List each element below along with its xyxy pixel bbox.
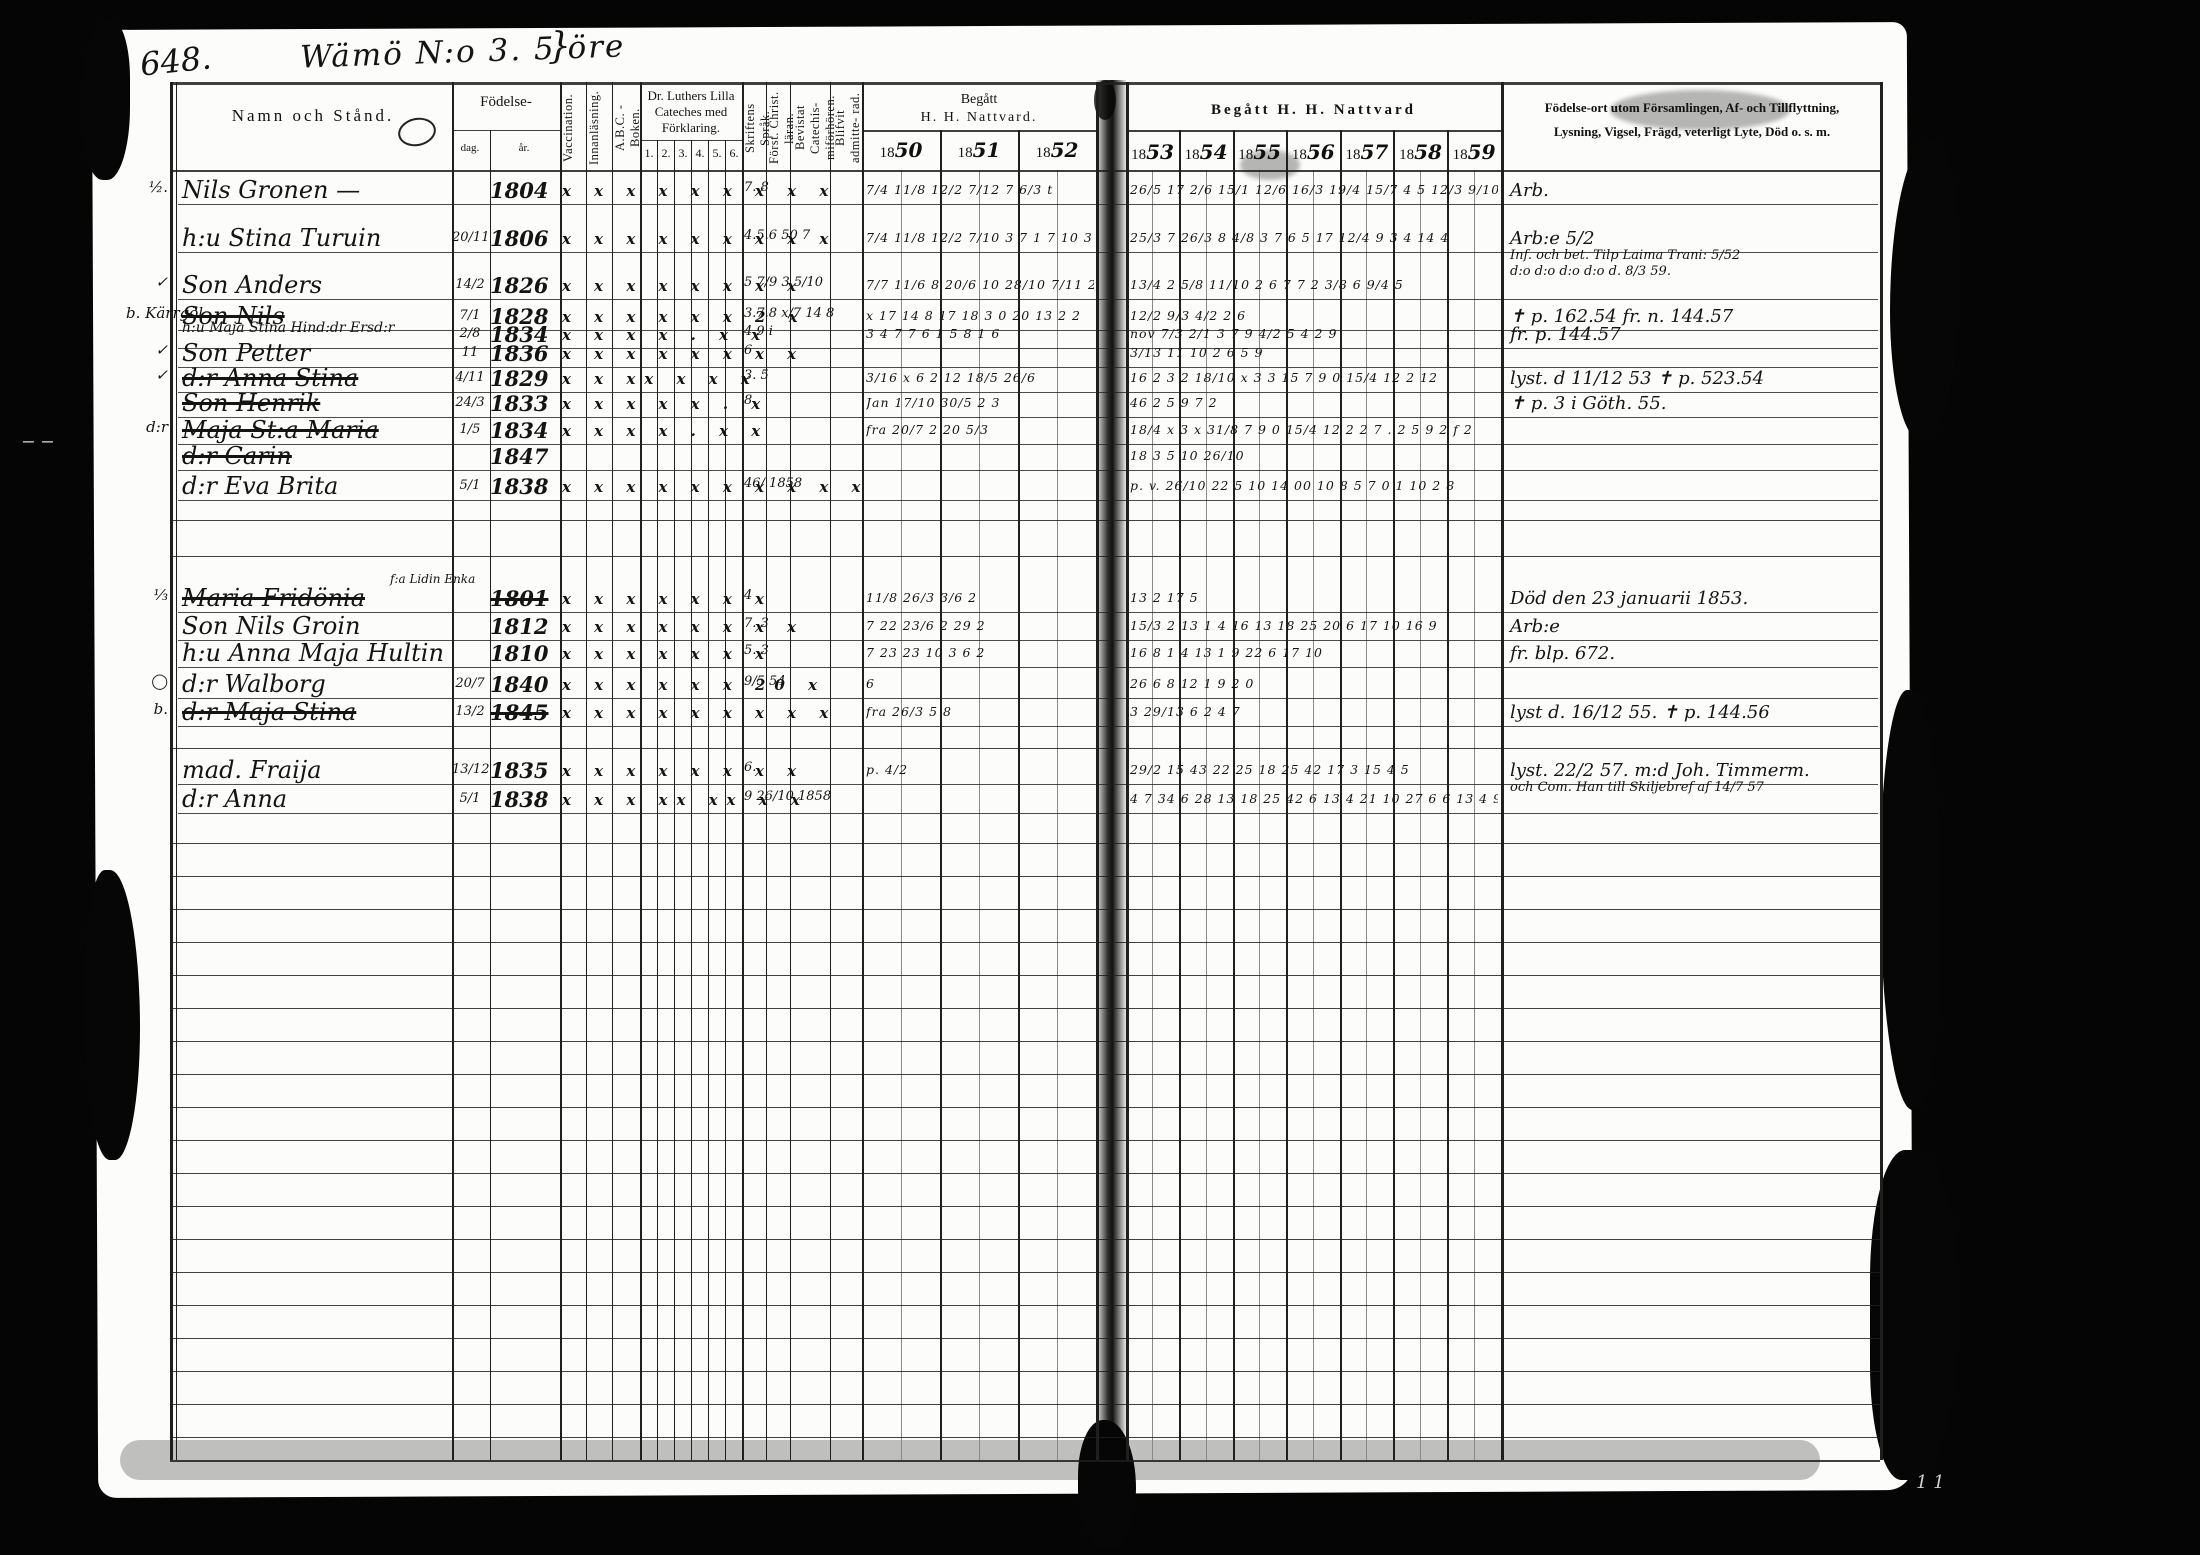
row-birth-day: 14/2 (452, 277, 488, 292)
grid-hline (170, 1305, 1880, 1306)
row-margin-note: b. (126, 700, 168, 718)
row-annotation: fr. p. 144.57 (1510, 324, 1876, 345)
row-check-marks: x x x x x x 2 x (562, 308, 740, 326)
row-skrift-notes: 8 (744, 393, 860, 408)
grid-hline (640, 140, 742, 141)
row-communion-left: fra 20/7 2 20 5/3 (866, 422, 1094, 437)
row-birth-year: 1845 (490, 700, 556, 725)
row-skrift-notes: 9 26/10 1858 (744, 789, 860, 804)
cateches-sub-label: 6. (726, 146, 742, 161)
scan-noise (1870, 1150, 1960, 1480)
row-annotation: lyst d. 16/12 55. ✝ p. 144.56 (1510, 702, 1876, 723)
row-check-marks: x x x x x x x (562, 590, 740, 608)
year-header-right: 1859 (1448, 140, 1501, 164)
grid-vline-light (1313, 170, 1314, 1460)
row-check-marks: x x x x x x x x (562, 762, 740, 780)
row-birth-day: 7/1 (452, 308, 488, 323)
row-check-marks: x x x x x x x x x (562, 704, 740, 722)
header-communion-right: Begått H. H. Nattvard (1126, 102, 1501, 119)
row-margin-note: ⅓ (126, 586, 168, 604)
row-communion-left: fra 26/3 5 8 (866, 704, 1094, 719)
row-name: d:r Eva Brita (182, 472, 448, 500)
header-notes-1: Födelse-ort utom Församlingen, Af- och T… (1508, 100, 1876, 116)
center-fold (1096, 80, 1126, 1464)
row-rule (178, 299, 1878, 300)
grid-hline (170, 1404, 1880, 1405)
row-margin-note: ✓ (126, 273, 168, 291)
scanned-document: 648. Wämö N:o 3. 5 öre } Namn och Stånd.… (0, 0, 2200, 1555)
row-name: Son Henrik (182, 389, 448, 417)
row-communion-left: 11/8 26/3 3/6 2 (866, 590, 1094, 605)
grid-hline (170, 1140, 1880, 1141)
grid-hline (170, 1206, 1880, 1207)
grid-hline (170, 1460, 1880, 1462)
row-birth-year: 1835 (490, 758, 556, 783)
header-skriftens-sprak: Skriftens Språk. (743, 88, 765, 168)
header-cateches-1: Dr. Luthers Lilla (640, 88, 742, 104)
grid-hline (170, 1107, 1880, 1108)
cateches-sub-label: 3. (675, 146, 691, 161)
row-communion-right: 3/13 11 10 2 6 5 9 (1130, 345, 1498, 360)
row-communion-left: 7/4 11/8 12/2 7/12 7 6/3 t (866, 182, 1094, 197)
grid-vline-light (979, 170, 980, 1460)
header-bevistat: Bevistat Catechis- miförhören. (793, 88, 829, 168)
grid-hline (862, 130, 1096, 132)
cateches-sub-label: 5. (709, 146, 725, 161)
grid-vline (170, 82, 173, 1460)
header-cateches-2: Cateches med (640, 104, 742, 120)
grid-hline (170, 520, 1880, 521)
year-header-right: 1856 (1287, 140, 1340, 164)
row-annotation: Arb. (1510, 180, 1876, 201)
row-name: Maja St:a Maria (182, 416, 448, 444)
row-check-marks: x x x x x . x (562, 395, 740, 413)
row-name: h:u Maja Stina Hind:dr Ersd:r (182, 320, 448, 336)
row-communion-right: 18/4 x 3 x 31/8 7 9 0 15/4 12 2 2 7 . 2 … (1130, 422, 1498, 437)
row-check-marks: x x x x x x x x (562, 618, 740, 636)
row-communion-right: 26 6 8 12 1 9 2 0 (1130, 676, 1498, 691)
row-name: d:r Carin (182, 442, 448, 470)
row-check-marks: x x x x x x x (562, 645, 740, 663)
row-birth-year: 1806 (490, 226, 556, 251)
grid-hline (170, 1173, 1880, 1174)
row-birth-year: 1804 (490, 178, 556, 203)
grid-hline (170, 1338, 1880, 1339)
grid-hline (1126, 130, 1501, 132)
row-skrift-notes: 6. (744, 760, 860, 775)
header-forst-christ: Först. Christ. läran. (767, 88, 789, 168)
grid-hline (170, 1008, 1880, 1009)
row-annotation: fr. blp. 672. (1510, 643, 1876, 664)
row-rule (178, 726, 1878, 727)
row-communion-right: 29/2 15 43 22 25 18 25 42 17 3 15 4 5 (1130, 762, 1498, 777)
row-name: d:r Anna (182, 785, 448, 813)
row-skrift-notes: 4 9 i (744, 324, 860, 339)
grid-hline (170, 1272, 1880, 1273)
grid-hline (170, 556, 1880, 557)
row-name: h:u Stina Turuin (182, 224, 448, 252)
header-vaccination: Vaccination. (561, 88, 585, 168)
row-communion-left: Jan 17/10 30/5 2 3 (866, 395, 1094, 410)
header-birth: Födelse- (452, 94, 560, 111)
row-communion-right: 4 7 34 6 28 13 18 25 42 6 13 4 21 10 27 … (1130, 791, 1498, 806)
grid-vline-light (1206, 170, 1207, 1460)
grid-hline (170, 82, 1880, 85)
row-communion-left: 3 4 7 7 6 1 5 8 1 6 (866, 326, 1094, 341)
row-name: Nils Gronen — (182, 176, 448, 204)
row-annotation-2: Inf. och bet. Tilp Laima Trani: 5/52 (1510, 248, 1876, 263)
row-name: Son Anders (182, 271, 448, 299)
row-name: h:u Anna Maja Hultin (182, 639, 448, 667)
row-annotation: Död den 23 januarii 1853. (1510, 588, 1876, 609)
grid-vline (1880, 82, 1883, 1460)
row-communion-left: p. 4/2 (866, 762, 1094, 777)
row-communion-right: 16 8 1 4 13 1 9 22 6 17 10 (1130, 645, 1498, 660)
row-margin-note: ✓ (126, 366, 168, 384)
row-communion-right: 46 2 5 9 7 2 (1130, 395, 1498, 410)
row-skrift-notes: 3. 5 (744, 368, 860, 383)
row-communion-left: 7 23 23 10 3 6 2 (866, 645, 1094, 660)
grid-hline (170, 1437, 1880, 1438)
stray-mark-left: ‒ ‒ (22, 428, 54, 452)
row-communion-left: x 17 14 8 17 18 3 0 20 13 2 2 (866, 308, 1094, 323)
row-birth-year: 1829 (490, 366, 556, 391)
header-birth-day: dag. (452, 142, 488, 154)
grid-hline (170, 843, 1880, 844)
row-name: d:r Anna Stina (182, 364, 448, 392)
grid-vline-light (1152, 170, 1153, 1460)
row-name: Son Nils Groin (182, 612, 448, 640)
row-communion-left: 7/4 11/8 12/2 7/10 3 7 1 7 10 3 7 (866, 230, 1094, 245)
grid-vline-light (1420, 170, 1421, 1460)
header-birth-year: år. (492, 142, 556, 154)
grid-vline (1501, 82, 1504, 1460)
cateches-sub-label: 4. (692, 146, 708, 161)
row-name: d:r Maja Stina (182, 698, 448, 726)
row-birth-day: 2/8 (452, 326, 488, 341)
row-skrift-notes: 7. 3 (744, 616, 860, 631)
row-skrift-notes: 9/5 54 (744, 674, 860, 689)
row-communion-right: 25/3 7 26/3 8 4/8 3 7 6 5 17 12/4 9 3 4 … (1130, 230, 1498, 245)
row-birth-day: 5/1 (452, 791, 488, 806)
row-annotation-2: och Com. Han till Skiljebref af 14/7 57 (1510, 780, 1876, 795)
row-margin-note: ✓ (126, 341, 168, 359)
row-rule (178, 813, 1878, 814)
grid-vline (1126, 82, 1129, 1460)
grid-hline (170, 748, 1880, 749)
row-skrift-notes: 5 7/9 3 5/10 (744, 275, 860, 290)
row-communion-right: 18 3 5 10 26/10 (1130, 448, 1498, 463)
row-margin-note: ½. (126, 178, 168, 196)
row-birth-year: 1833 (490, 391, 556, 416)
header-abc-boken: A.B.C. - Boken. (613, 88, 639, 168)
grid-hline (170, 1371, 1880, 1372)
row-skrift-notes: 7. 8 (744, 180, 860, 195)
row-check-marks: x x x x x x x x x (562, 182, 740, 200)
row-check-marks: x x x x . x x (562, 326, 740, 344)
row-communion-left: 7 22 23/6 2 29 2 (866, 618, 1094, 633)
row-communion-right: nov 7/3 2/1 3 7 9 4/2 5 4 2 9 (1130, 326, 1498, 341)
header-name-col: Namn och Stånd. (178, 106, 448, 126)
row-communion-right: 12/2 9/3 4/2 2 6 (1130, 308, 1498, 323)
row-birth-year: 1826 (490, 273, 556, 298)
row-annotation: lyst. 22/2 57. m:d Joh. Timmerm. (1510, 760, 1876, 781)
row-margin-note: d:r (126, 418, 168, 436)
row-check-marks: x x x x x x 20 x (562, 676, 740, 694)
scan-noise (80, 20, 130, 180)
page-number: 648. (138, 38, 213, 83)
row-skrift-notes: 3.7.8 x/7 14 8 (744, 306, 860, 321)
cateches-sub-label: 2. (658, 146, 674, 161)
row-annotation: ✝ p. 3 i Göth. 55. (1510, 393, 1876, 414)
row-check-marks: x x x x x x x x x (562, 230, 740, 248)
row-margin-note: ◯ (126, 672, 168, 690)
row-birth-year: 1801 (490, 586, 556, 611)
row-name: mad. Fraija (182, 756, 448, 784)
grid-vline-light (1259, 170, 1260, 1460)
header-admitterad: Blifvit admitte- rad. (833, 88, 861, 168)
row-birth-day: 4/11 (452, 370, 488, 385)
year-header-right: 1855 (1233, 140, 1286, 164)
row-skrift-notes: 6 (744, 343, 860, 358)
year-header-left: 1851 (940, 138, 1018, 162)
grid-hline (170, 170, 1880, 172)
row-birth-day: 13/2 (452, 704, 488, 719)
row-skrift-notes: 4 (744, 588, 860, 603)
row-name: Son Petter (182, 339, 448, 367)
row-communion-left: 7/7 11/6 8 20/6 10 28/10 7/11 2 6 10 1 1… (866, 277, 1094, 292)
row-communion-left: 6 (866, 676, 1094, 691)
row-birth-day: 20/11 (452, 230, 488, 245)
row-communion-right: p. v. 26/10 22 5 10 14 00 10 8 5 7 0 1 1… (1130, 478, 1498, 493)
grid-hline (170, 1074, 1880, 1075)
header-communion-left-1: Begått (862, 92, 1096, 108)
grid-vline (862, 82, 864, 1460)
header-notes-2: Lysning, Vigsel, Frägd, veterligt Lyte, … (1508, 124, 1876, 140)
row-annotation: Arb:e 5/2 (1510, 228, 1876, 249)
row-communion-right: 15/3 2 13 1 4 16 13 18 25 20 6 17 10 16 … (1130, 618, 1498, 633)
grid-vline-light (1366, 170, 1367, 1460)
row-annotation-3: d:o d:o d:o d:o d. 8/3 59. (1510, 264, 1876, 279)
row-communion-right: 13 2 17 5 (1130, 590, 1498, 605)
row-check-marks: x x x x x x x x x x (562, 478, 740, 496)
grid-hline (452, 130, 560, 131)
title-flourish: } (548, 26, 571, 67)
row-birth-year: 1810 (490, 641, 556, 666)
row-communion-right: 26/5 17 2/6 15/1 12/6 16/3 19/4 15/7 4 5… (1130, 182, 1498, 197)
year-header-right: 1854 (1180, 140, 1233, 164)
row-check-marks: x x x x x x x x (562, 345, 740, 363)
row-birth-year: 1838 (490, 474, 556, 499)
row-communion-left: 3/16 x 6 2 12 18/5 26/6 (866, 370, 1094, 385)
grid-hline (170, 876, 1880, 877)
row-check-marks: x x xx x x x (562, 370, 740, 388)
row-birth-day: 1/5 (452, 422, 488, 437)
row-skrift-notes: 4.5.6 50 7 (744, 228, 860, 243)
grid-hline (170, 942, 1880, 943)
row-skrift-notes: 46/ 1858 (744, 476, 860, 491)
row-communion-right: 16 2 3 2 18/10 x 3 3 15 7 9 0 15/4 12 2 … (1130, 370, 1498, 385)
row-annotation: Arb:e (1510, 616, 1876, 637)
year-header-right: 1858 (1394, 140, 1447, 164)
row-name: Maria Fridönia (182, 584, 448, 612)
row-check-marks: x x x x x x x x (562, 277, 740, 295)
grid-hline (170, 975, 1880, 976)
row-rule (178, 500, 1878, 501)
row-birth-year: 1847 (490, 444, 556, 469)
row-check-marks: x x x x . x x (562, 422, 740, 440)
header-cateches-3: Förklaring. (640, 120, 742, 136)
row-birth-year: 1838 (490, 787, 556, 812)
row-birth-day: 20/7 (452, 676, 488, 691)
row-birth-year: 1840 (490, 672, 556, 697)
row-communion-right: 13/4 2 5/8 11/10 2 6 7 7 2 3/8 6 9/4 5 (1130, 277, 1498, 292)
row-rule (178, 667, 1878, 668)
row-birth-year: 1836 (490, 341, 556, 366)
grid-hline (170, 909, 1880, 910)
row-birth-year: 1834 (490, 418, 556, 443)
row-name: d:r Walborg (182, 670, 448, 698)
grid-hline (170, 1239, 1880, 1240)
row-annotation: lyst. d 11/12 53 ✝ p. 523.54 (1510, 368, 1876, 389)
grid-vline-light (901, 170, 902, 1460)
row-margin-note: b. Kärrgöl (126, 304, 168, 322)
grid-vline-light (1057, 170, 1058, 1460)
row-birth-year: 1812 (490, 614, 556, 639)
year-header-right: 1857 (1340, 140, 1393, 164)
header-innanlasning: Innanläsning. (587, 88, 611, 168)
row-birth-day: 5/1 (452, 478, 488, 493)
row-rule (178, 204, 1878, 205)
row-birth-day: 13/12 (452, 762, 488, 777)
year-header-right: 1853 (1126, 140, 1179, 164)
year-header-left: 1852 (1018, 138, 1096, 162)
row-birth-day: 11 (452, 345, 488, 360)
row-rule (178, 470, 1878, 471)
grid-hline (170, 1041, 1880, 1042)
grid-vline (176, 82, 177, 1460)
grid-vline (1096, 82, 1099, 1460)
header-communion-left-2: H. H. Nattvard. (862, 110, 1096, 126)
year-header-left: 1850 (862, 138, 940, 162)
cateches-sub-label: 1. (641, 146, 657, 161)
stray-mark-bottom-right: 1 1 (1916, 1472, 1945, 1493)
row-skrift-notes: 5. 3 (744, 643, 860, 658)
row-birth-day: 24/3 (452, 395, 488, 410)
row-communion-right: 3 29/13 6 2 4 7 (1130, 704, 1498, 719)
row-check-marks: x x x xx xx x x (562, 791, 740, 809)
grid-vline-light (1474, 170, 1475, 1460)
